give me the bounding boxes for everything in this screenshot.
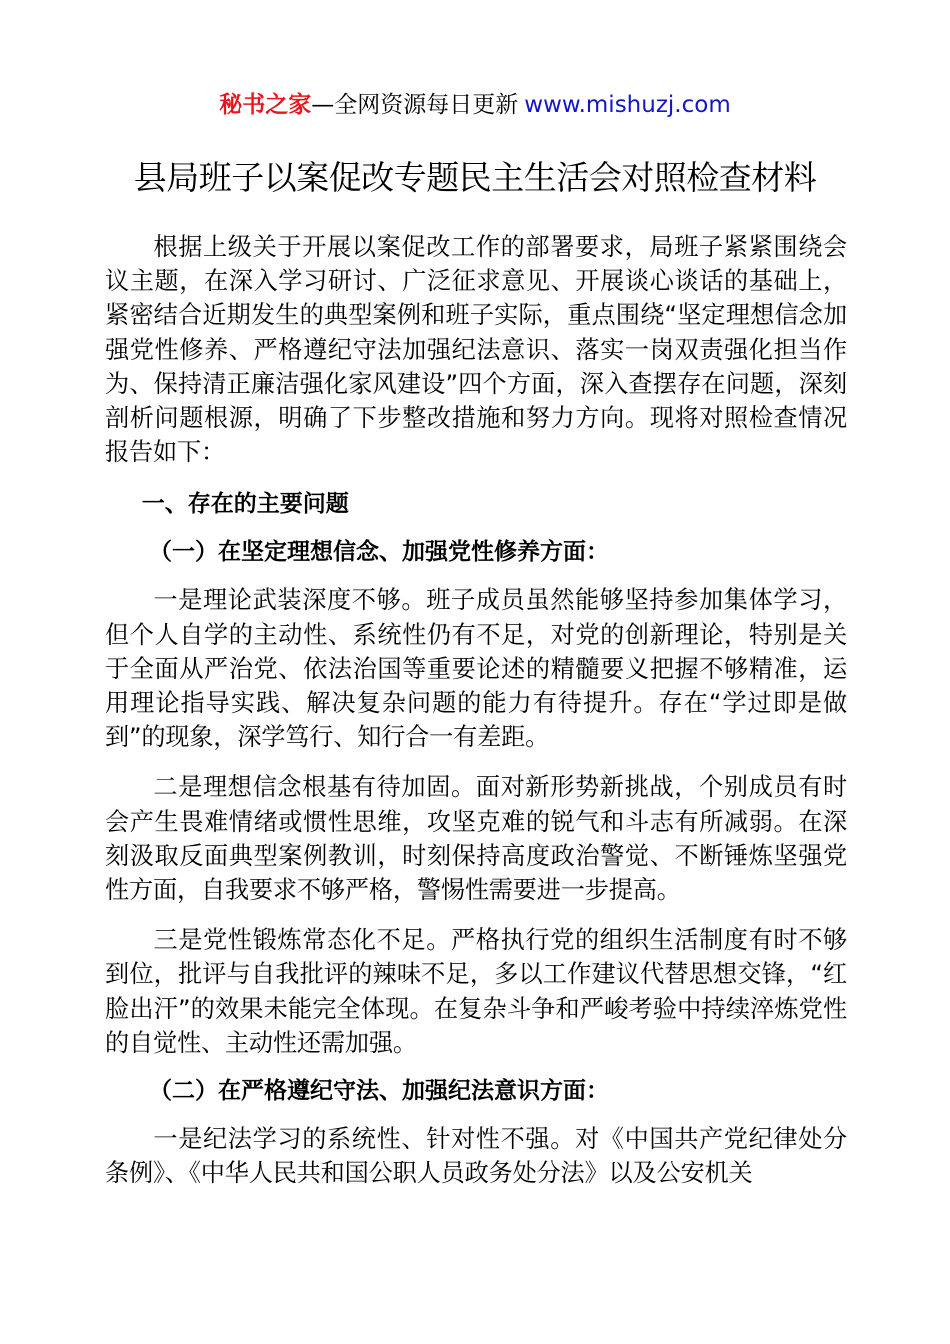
document-title: 县局班子以案促改专题民主生活会对照检查材料 bbox=[0, 152, 950, 204]
paragraph-party-spirit: 三是党性锻炼常态化不足。严格执行党的组织生活制度有时不够到位，批评与自我批评的辣… bbox=[105, 923, 847, 1060]
site-banner: 秘书之家—全网资源每日更新www.mishuzj.com bbox=[0, 88, 950, 122]
brand-name: 秘书之家 bbox=[219, 92, 311, 118]
paragraph-discipline-study: 一是纪法学习的系统性、针对性不强。对《中国共产党纪律处分条例》、《中华人民共和国… bbox=[105, 1122, 847, 1190]
subsection-heading-discipline: （二）在严格遵纪守法、加强纪法意识方面： bbox=[105, 1074, 847, 1108]
site-url-link[interactable]: www.mishuzj.com bbox=[524, 92, 730, 118]
subsection-heading-ideals: （一）在坚定理想信念、加强党性修养方面： bbox=[105, 535, 847, 569]
banner-slogan: —全网资源每日更新 bbox=[311, 92, 518, 118]
intro-paragraph: 根据上级关于开展以案促改工作的部署要求，局班子紧紧围绕会议主题，在深入学习研讨、… bbox=[105, 230, 847, 469]
section-heading-problems: 一、存在的主要问题 bbox=[105, 487, 847, 521]
document-page: 秘书之家—全网资源每日更新www.mishuzj.com 县局班子以案促改专题民… bbox=[0, 0, 950, 1344]
document-body: 根据上级关于开展以案促改工作的部署要求，局班子紧紧围绕会议主题，在深入学习研讨、… bbox=[105, 230, 847, 1190]
paragraph-theory: 一是理论武装深度不够。班子成员虽然能够坚持参加集体学习，但个人自学的主动性、系统… bbox=[105, 583, 847, 754]
paragraph-ideals: 二是理想信念根基有待加固。面对新形势新挑战，个别成员有时会产生畏难情绪或惯性思维… bbox=[105, 770, 847, 907]
